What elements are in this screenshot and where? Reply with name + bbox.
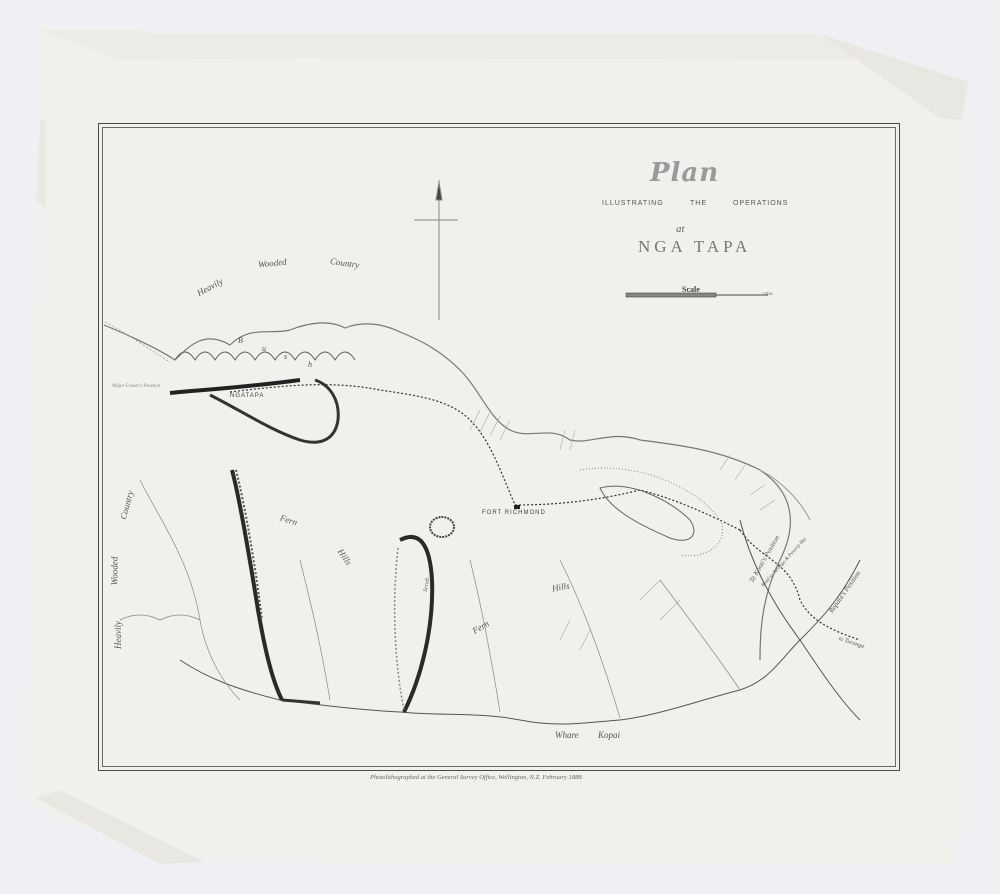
label-bush-h: h — [308, 360, 312, 369]
label-fort-richmond: FORT RICHMOND — [482, 510, 546, 516]
map-sheet: Plan ILLUSTRATING THE OPERATIONS at NGA … — [0, 0, 1000, 894]
label-major-fraser: Major Fraser's Position — [112, 384, 160, 389]
subtitle-word-2: THE — [690, 200, 707, 207]
map-title: Plan — [650, 158, 719, 188]
scale-label: Scale — [682, 285, 700, 294]
label-wooded-west: Wooded — [109, 557, 119, 586]
label-ngatapa: NGATAPA — [230, 393, 264, 399]
scale-end-label: 1 Mile — [762, 291, 773, 296]
label-bush-u: u — [262, 344, 266, 353]
subtitle-word-1: ILLUSTRATING — [602, 200, 664, 207]
label-bush-b: B — [238, 336, 243, 345]
label-kopai: Kopai — [598, 730, 620, 740]
footer-imprint: Photolithographed at the General Survey … — [370, 774, 583, 781]
label-bush-s: s — [284, 352, 287, 361]
label-heavily-west: Heavily — [113, 621, 123, 649]
title-at: at — [676, 223, 685, 235]
place-name: NGA TAPA — [638, 237, 751, 257]
label-whare: Whare — [555, 730, 579, 740]
north-arrow-icon — [414, 180, 458, 320]
subtitle-word-3: OPERATIONS — [733, 200, 788, 207]
fort-richmond-marker — [514, 505, 520, 509]
map-drawing — [0, 0, 1000, 894]
